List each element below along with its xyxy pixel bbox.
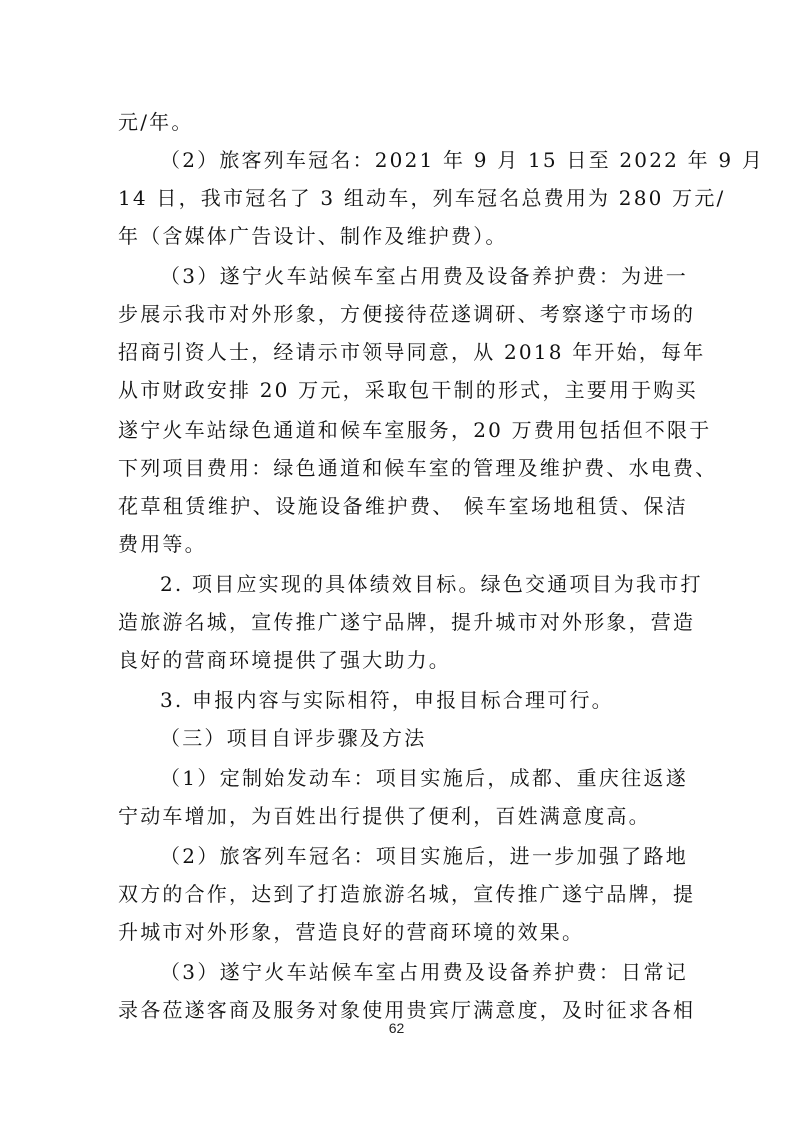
text-line: 从市财政安排 20 万元，采取包干制的形式，主要用于购买 (118, 376, 688, 404)
page-number: 62 (0, 1020, 793, 1036)
text-line: 3. 申报内容与实际相符，申报目标合理可行。 (160, 686, 688, 714)
text-line: 14 日，我市冠名了 3 组动车，列车冠名总费用为 280 万元/ (118, 184, 688, 212)
text-line: 年（含媒体广告设计、制作及维护费）。 (118, 222, 688, 250)
text-line: 元/年。 (118, 108, 688, 136)
text-line: （3）遂宁火车站候车室占用费及设备养护费：为进一 (160, 262, 688, 290)
text-line: 造旅游名城，宣传推广遂宁品牌，提升城市对外形象，营造 (118, 608, 688, 636)
text-line: 2. 项目应实现的具体绩效目标。绿色交通项目为我市打 (160, 570, 688, 598)
text-line: 招商引资人士，经请示市领导同意，从 2018 年开始，每年 (118, 338, 688, 366)
text-line: （2）旅客列车冠名：项目实施后，进一步加强了路地 (160, 842, 688, 870)
text-line: （2）旅客列车冠名：2021 年 9 月 15 日至 2022 年 9 月 (160, 146, 688, 174)
text-line: 宁动车增加，为百姓出行提供了便利，百姓满意度高。 (118, 802, 688, 830)
text-line: （三）项目自评步骤及方法 (160, 724, 688, 752)
text-line: 下列项目费用：绿色通道和候车室的管理及维护费、水电费、 (118, 454, 688, 482)
text-line: 双方的合作，达到了打造旅游名城，宣传推广遂宁品牌，提 (118, 880, 688, 908)
text-line: 良好的营商环境提供了强大助力。 (118, 646, 688, 674)
text-line: 遂宁火车站绿色通道和候车室服务，20 万费用包括但不限于 (118, 416, 688, 444)
text-line: （1）定制始发动车：项目实施后，成都、重庆往返遂 (160, 764, 688, 792)
text-line: 升城市对外形象，营造良好的营商环境的效果。 (118, 918, 688, 946)
text-line: （3）遂宁火车站候车室占用费及设备养护费：日常记 (160, 958, 688, 986)
text-line: 步展示我市对外形象，方便接待莅遂调研、考察遂宁市场的 (118, 300, 688, 328)
document-page: 元/年。（2）旅客列车冠名：2021 年 9 月 15 日至 2022 年 9 … (0, 0, 793, 1122)
text-line: 花草租赁维护、设施设备维护费、 候车室场地租赁、保洁 (118, 492, 688, 520)
text-line: 费用等。 (118, 530, 688, 558)
